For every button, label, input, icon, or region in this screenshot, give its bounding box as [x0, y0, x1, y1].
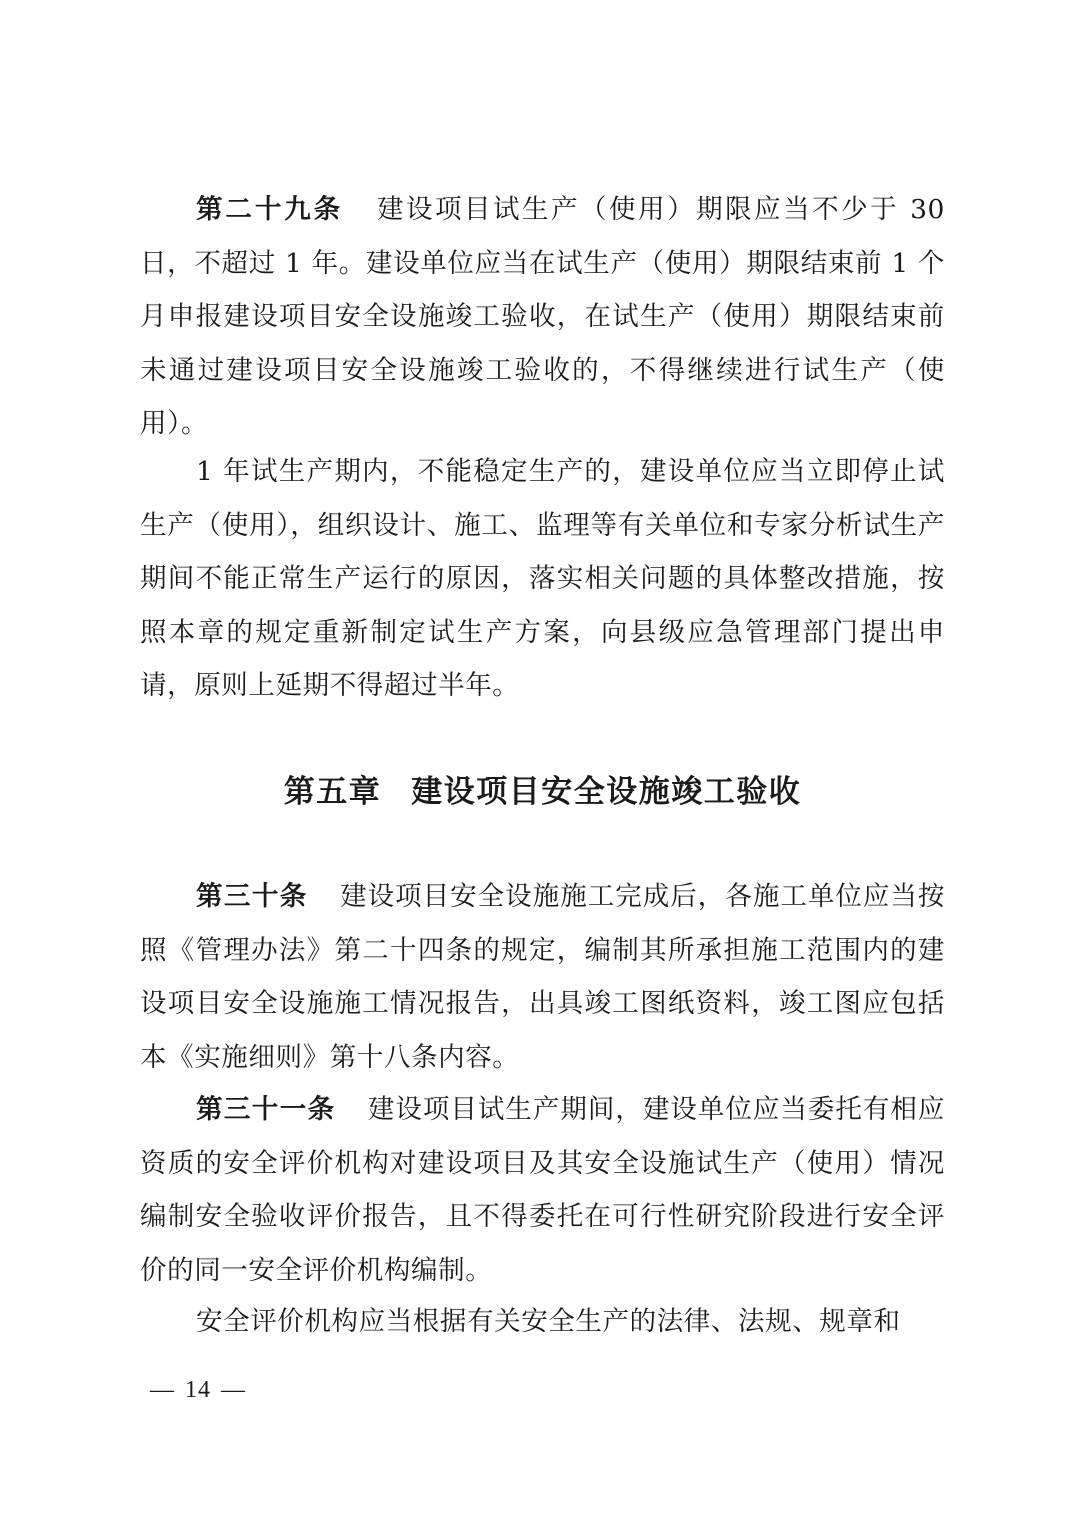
article-30: 第三十条建设项目安全设施施工完成后，各施工单位应当按照《管理办法》第二十四条的规…: [140, 870, 945, 1084]
article-29: 第二十九条建设项目试生产（使用）期限应当不少于 30 日，不超过 1 年。建设单…: [140, 183, 945, 451]
chapter-label: 第五章: [284, 774, 382, 810]
page-footer: —14—: [140, 1372, 256, 1408]
chapter-heading: 第五章建设项目安全设施竣工验收: [140, 766, 945, 818]
footer-dash-left: —: [150, 1372, 175, 1408]
article-label: 第二十九条: [196, 194, 343, 225]
paragraph-evaluation-agency: 安全评价机构应当根据有关安全生产的法律、法规、规章和: [140, 1295, 945, 1349]
page-number: 14: [185, 1377, 211, 1403]
article-label: 第三十条: [196, 881, 308, 912]
article-label: 第三十一条: [196, 1094, 336, 1125]
footer-dash-right: —: [221, 1372, 246, 1408]
chapter-title: 建设项目安全设施竣工验收: [411, 774, 801, 810]
paragraph-trial-extension: 1 年试生产期内，不能稳定生产的，建设单位应当立即停止试生产（使用），组织设计、…: [140, 445, 945, 713]
article-31: 第三十一条建设项目试生产期间，建设单位应当委托有相应资质的安全评价机构对建设项目…: [140, 1083, 945, 1297]
article-text: 建设项目试生产（使用）期限应当不少于 30 日，不超过 1 年。建设单位应当在试…: [140, 194, 945, 439]
